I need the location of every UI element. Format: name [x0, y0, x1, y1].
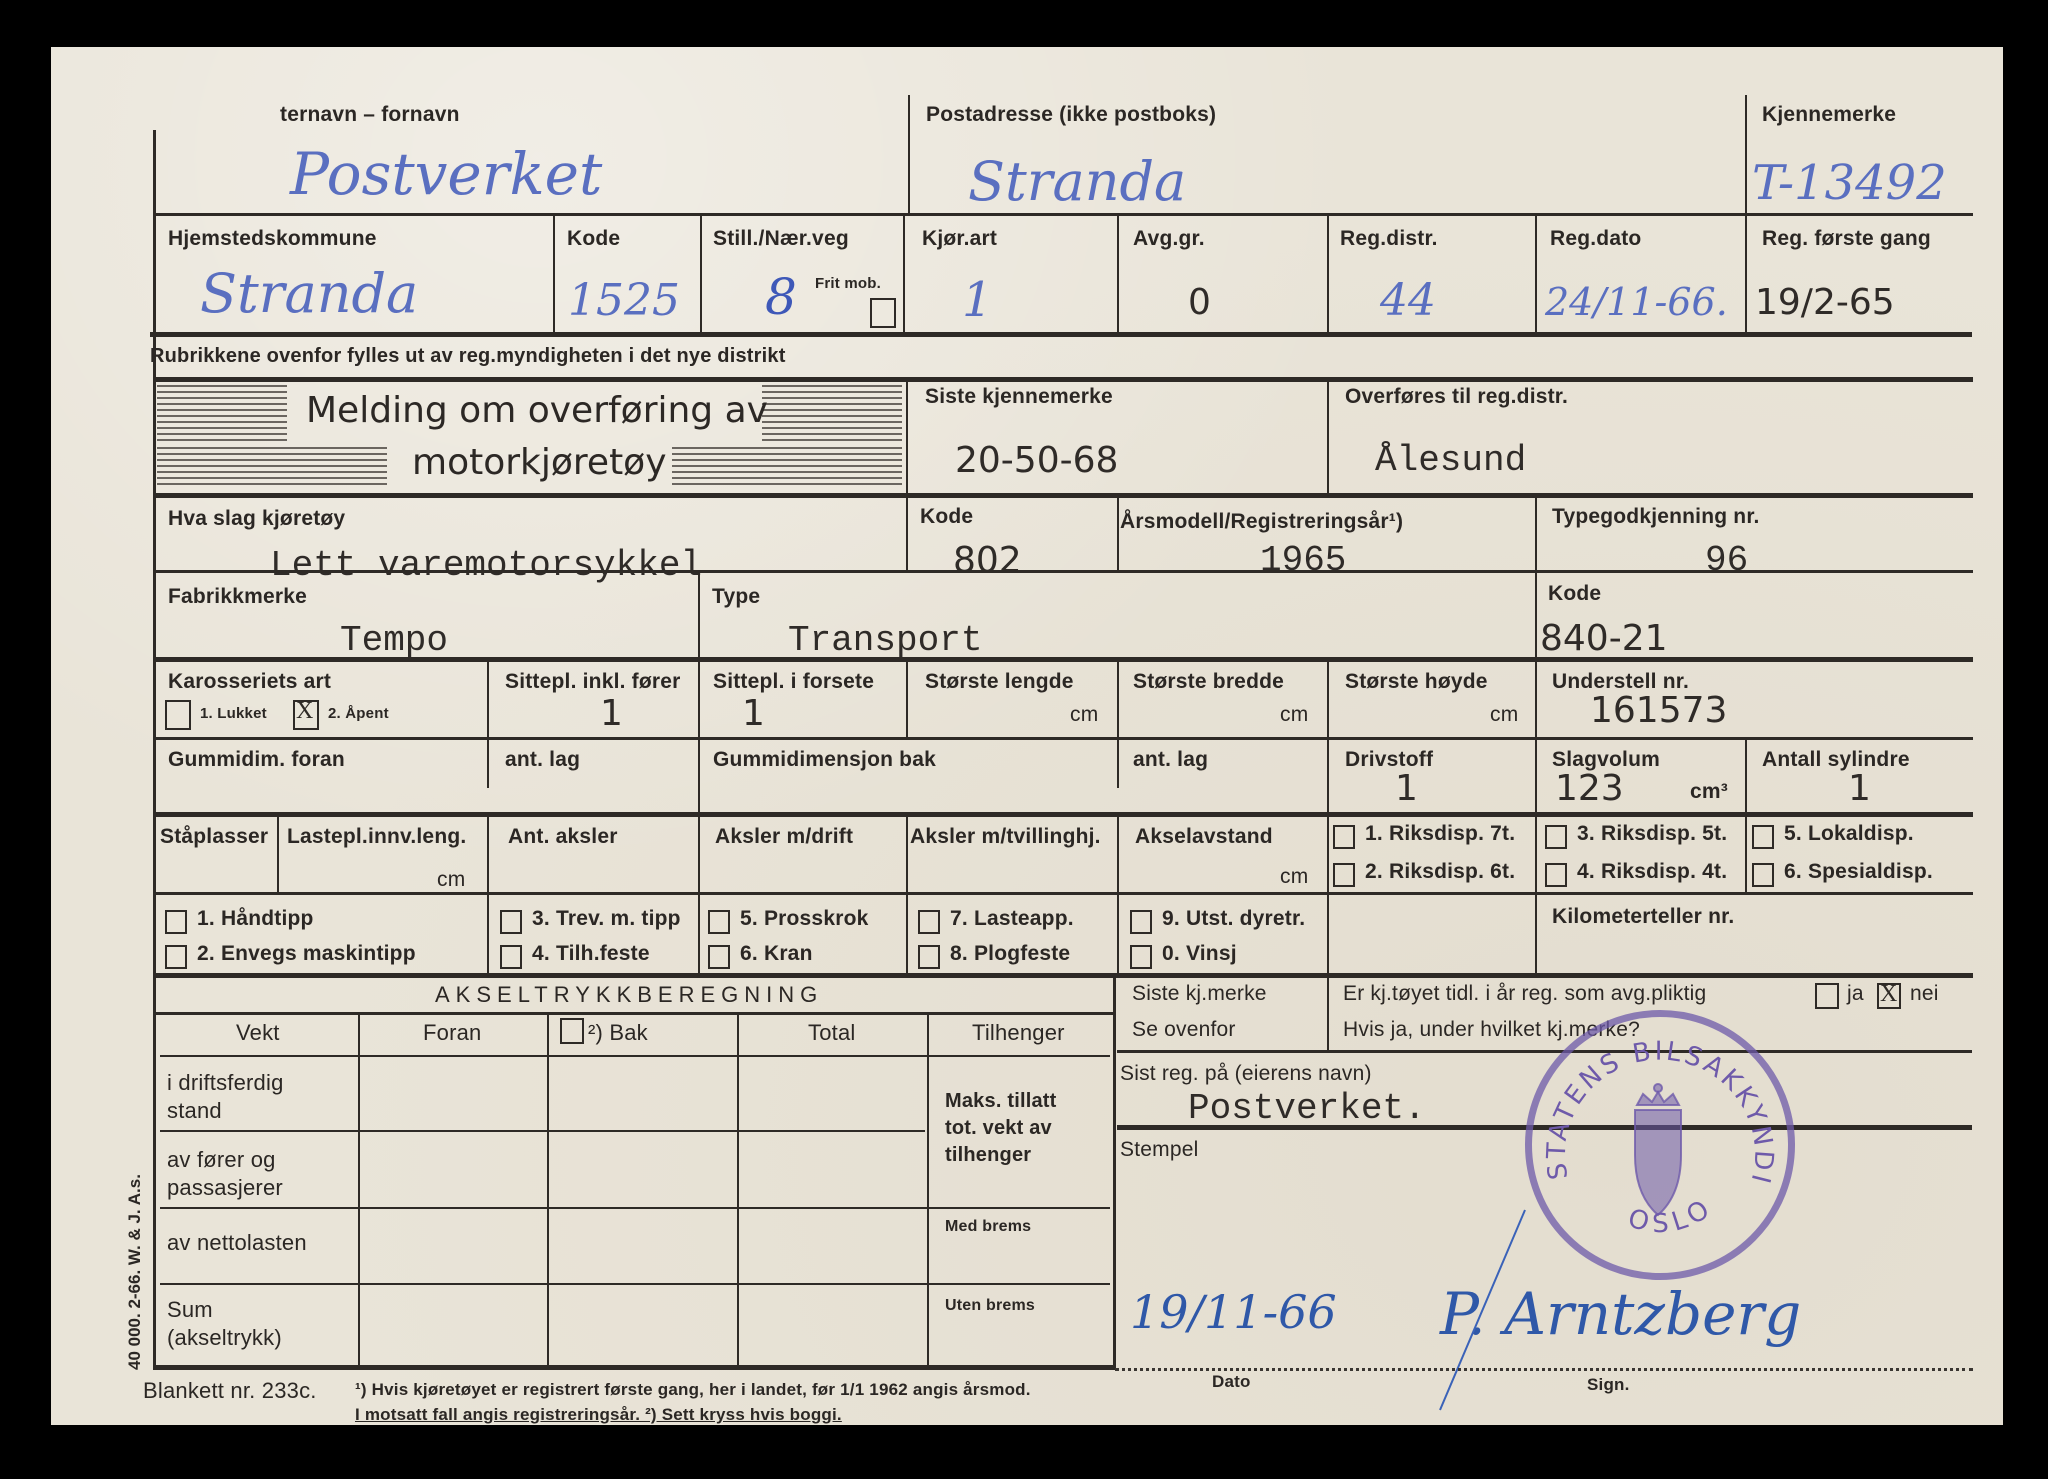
disp-checkbox[interactable] — [1752, 863, 1774, 887]
equipment-label: 9. Utst. dyretr. — [1162, 907, 1305, 931]
kilometer-label: Kilometerteller nr. — [1552, 905, 1734, 929]
divider — [698, 895, 700, 975]
svg-text:OSLO: OSLO — [1625, 1191, 1720, 1239]
vehicle-type-label: Hva slag kjøretøy — [168, 507, 345, 531]
divider — [908, 95, 910, 215]
last-owner-value: Postverket. — [1188, 1088, 1426, 1129]
equipment-label: 8. Plogfeste — [950, 942, 1070, 966]
stamp-bottom-text: OSLO — [1625, 1191, 1720, 1239]
row-label: av nettolasten — [167, 1230, 307, 1256]
kjorart-label: Kjør.art — [922, 227, 997, 251]
akseltrykk-title: AKSELTRYKKBEREGNING — [435, 982, 823, 1008]
equipment-label: 1. Håndtipp — [197, 907, 314, 931]
regdistr-label: Reg.distr. — [1340, 227, 1438, 251]
avgpliktig-question: Er kj.tøyet tidl. i år reg. som avg.plik… — [1343, 982, 1706, 1006]
bredde-unit: cm — [1280, 703, 1308, 727]
form-title-line1: Melding om overføring av — [306, 390, 768, 431]
typegodkj-label: Typegodkjenning nr. — [1552, 505, 1760, 529]
row-line — [153, 892, 1973, 895]
to-district-value: Ålesund — [1375, 440, 1526, 481]
stempel-label: Stempel — [1120, 1138, 1198, 1162]
lukket-checkbox[interactable] — [165, 700, 191, 730]
divider — [906, 815, 908, 892]
blankett-number: Blankett nr. 233c. — [143, 1378, 317, 1404]
vehicle-type-value: Lett varemotorsykkel — [270, 545, 702, 586]
disp-label: 4. Riksdisp. 4t. — [1577, 860, 1727, 884]
row-line — [153, 737, 1973, 740]
tilhenger-note: tot. vekt av — [945, 1117, 1052, 1140]
sittepl-label: Sittepl. inkl. fører — [505, 670, 681, 694]
divider — [1535, 895, 1537, 975]
municipality-value: Stranda — [200, 262, 418, 325]
date-label: Dato — [1212, 1372, 1251, 1392]
disp-checkbox[interactable] — [1545, 825, 1567, 849]
regdato-value: 24/11-66. — [1545, 280, 1728, 324]
table-bottom-line — [153, 1365, 1115, 1370]
equipment-label: 6. Kran — [740, 942, 813, 966]
lastepl-label: Lastepl.innv.leng. — [287, 825, 466, 849]
divider — [1327, 215, 1329, 333]
tire-rear-label: Gummidimensjon bak — [713, 748, 936, 772]
lengde-unit: cm — [1070, 703, 1098, 727]
divider — [487, 740, 489, 788]
print-info: 40 000. 2-66. W. & J. A.s. — [125, 1174, 145, 1370]
plate-label: Kjennemerke — [1762, 103, 1896, 127]
drivstoff-label: Drivstoff — [1345, 748, 1433, 772]
divider — [553, 215, 555, 333]
divider — [1117, 895, 1119, 975]
frit-mob-label: Frit mob. — [815, 275, 881, 292]
ant-aksler-label: Ant. aksler — [508, 825, 618, 849]
tilhenger-note: tilhenger — [945, 1144, 1031, 1167]
disp-checkbox[interactable] — [1333, 863, 1355, 887]
instruction-text: Rubrikkene ovenfor fylles ut av reg.mynd… — [150, 345, 786, 368]
divider — [1327, 380, 1329, 494]
model-value: Transport — [788, 620, 982, 661]
equipment-label: 5. Prosskrok — [740, 907, 868, 931]
med-brems-label: Med brems — [945, 1218, 1031, 1236]
col-bak: ²) Bak — [588, 1020, 648, 1046]
divider — [1327, 740, 1329, 813]
hoyde-label: Største høyde — [1345, 670, 1488, 694]
model-kode-label: Kode — [1548, 582, 1601, 606]
avggr-label: Avg.gr. — [1133, 227, 1205, 251]
table-right-border — [1113, 975, 1116, 1370]
municipality-label: Hjemstedskommune — [168, 227, 377, 251]
stamp-graphic: STATENS BILSAKKYNDIGE OSLO — [1525, 1010, 1795, 1280]
signed-date-value: 19/11-66 — [1130, 1285, 1337, 1339]
form-title-line2: motorkjøretøy — [412, 442, 667, 483]
divider — [487, 895, 489, 975]
to-district-label: Overføres til reg.distr. — [1345, 385, 1568, 409]
form-left-border — [153, 130, 156, 1370]
disp-label: 3. Riksdisp. 5t. — [1577, 822, 1727, 846]
equipment-checkbox[interactable] — [918, 910, 940, 934]
uten-brems-label: Uten brems — [945, 1297, 1035, 1315]
divider — [1117, 215, 1119, 333]
disp-label: 6. Spesialdisp. — [1784, 860, 1933, 884]
forsete-value: 1 — [742, 693, 765, 734]
avggr-value: 0 — [1188, 282, 1211, 323]
signature-dotted-line — [1115, 1368, 1973, 1371]
tire-rear-lag-label: ant. lag — [1133, 748, 1208, 772]
divider — [487, 660, 489, 737]
sylindre-value: 1 — [1848, 768, 1871, 809]
hoyde-unit: cm — [1490, 703, 1518, 727]
equipment-checkbox[interactable] — [165, 910, 187, 934]
divider — [1117, 496, 1119, 570]
hatch-decoration — [672, 447, 902, 489]
akselavstand-label: Akselavstand — [1135, 825, 1273, 849]
akselavstand-unit: cm — [1280, 865, 1308, 889]
karosseri-label: Karosseriets art — [168, 670, 331, 694]
divider — [1535, 496, 1537, 570]
col-vekt: Vekt — [236, 1020, 280, 1046]
row-line — [153, 377, 1973, 382]
tire-front-lag-label: ant. lag — [505, 748, 580, 772]
year-label: Årsmodell/Registreringsår¹) — [1120, 510, 1403, 534]
divider — [1535, 815, 1537, 892]
first-reg-value: 19/2-65 — [1755, 282, 1895, 323]
apent-label: 2. Åpent — [328, 705, 389, 722]
divider — [1745, 815, 1747, 892]
plate-value: T-13492 — [1752, 155, 1947, 211]
footnote-1: ¹) Hvis kjøretøyet er registrert første … — [355, 1380, 1031, 1400]
hatch-decoration — [157, 447, 387, 489]
col-total: Total — [808, 1020, 855, 1046]
equipment-checkbox[interactable] — [1130, 910, 1152, 934]
hatch-decoration — [157, 385, 287, 445]
last-plate-value: 20-50-68 — [955, 440, 1118, 481]
equipment-label: 3. Trev. m. tipp — [532, 907, 681, 931]
divider — [1327, 815, 1329, 892]
disp-checkbox[interactable] — [1333, 825, 1355, 849]
understell-value: 161573 — [1590, 690, 1727, 731]
name-value: Postverket — [290, 140, 602, 208]
divider — [1745, 95, 1747, 215]
row-line — [153, 657, 1973, 662]
regdistr-value: 44 — [1380, 275, 1436, 326]
divider — [906, 496, 908, 570]
divider — [698, 740, 700, 813]
sign-label: Sign. — [1587, 1375, 1630, 1395]
divider — [1535, 215, 1537, 333]
row-line — [153, 493, 1973, 498]
model-kode-value: 840-21 — [1540, 618, 1668, 659]
kjorart-value: 1 — [962, 272, 993, 328]
name-label: ternavn – fornavn — [280, 103, 460, 127]
kode-value: 1525 — [568, 275, 680, 326]
slagvolum-unit: cm³ — [1690, 780, 1728, 804]
equipment-label: 2. Envegs maskintipp — [197, 942, 416, 966]
row-line — [153, 973, 1973, 978]
equipment-checkbox[interactable] — [165, 945, 187, 969]
vehicle-kode-label: Kode — [920, 505, 973, 529]
divider — [698, 660, 700, 737]
last-owner-label: Sist reg. på (eierens navn) — [1120, 1062, 1372, 1086]
typegodkj-value: 96 — [1705, 540, 1748, 581]
lukket-label: 1. Lukket — [200, 705, 267, 722]
prev-plate-label: Siste kj.merke — [1132, 982, 1267, 1006]
divider — [487, 815, 489, 892]
equipment-checkbox[interactable] — [708, 910, 730, 934]
forsete-label: Sittepl. i forsete — [713, 670, 874, 694]
table-line — [160, 1130, 925, 1132]
divider — [358, 1015, 360, 1365]
apent-checkbox[interactable] — [293, 700, 319, 730]
nei-checkbox[interactable] — [1877, 983, 1901, 1009]
divider — [737, 1015, 739, 1365]
row-label: Sum — [167, 1297, 213, 1323]
address-value: Stranda — [968, 150, 1186, 213]
lastepl-unit: cm — [437, 868, 465, 892]
row-label: passasjerer — [167, 1175, 283, 1201]
equipment-label: 0. Vinsj — [1162, 942, 1237, 966]
divider — [927, 1015, 929, 1365]
divider — [1117, 815, 1119, 892]
disp-label: 2. Riksdisp. 6t. — [1365, 860, 1515, 884]
kode-label: Kode — [567, 227, 620, 251]
table-line — [160, 1283, 1110, 1285]
divider — [1535, 660, 1537, 737]
divider — [547, 1015, 549, 1365]
table-line — [153, 1012, 1113, 1015]
table-line — [160, 1207, 1110, 1209]
equipment-checkbox[interactable] — [1130, 945, 1152, 969]
make-label: Fabrikkmerke — [168, 585, 307, 609]
nei-label: nei — [1910, 982, 1939, 1006]
ja-checkbox[interactable] — [1815, 983, 1839, 1009]
lengde-label: Største lengde — [925, 670, 1074, 694]
address-label: Postadresse (ikke postboks) — [926, 103, 1216, 127]
row-line — [150, 332, 1972, 337]
divider — [1327, 975, 1329, 1050]
divider — [1745, 740, 1747, 813]
divider — [1117, 660, 1119, 737]
divider — [906, 380, 908, 494]
model-label: Type — [712, 585, 760, 609]
tire-front-label: Gummidim. foran — [168, 748, 345, 772]
divider — [906, 660, 908, 737]
staplasser-label: Ståplasser — [160, 825, 268, 849]
divider — [698, 815, 700, 892]
divider — [1117, 740, 1119, 788]
equipment-checkbox[interactable] — [708, 945, 730, 969]
drivstoff-value: 1 — [1395, 768, 1418, 809]
regdato-label: Reg.dato — [1550, 227, 1641, 251]
divider — [1327, 895, 1329, 975]
tilhenger-note: Maks. tillatt — [945, 1090, 1057, 1113]
coat-of-arms-icon — [1635, 1084, 1681, 1215]
official-stamp: STATENS BILSAKKYNDIGE OSLO — [1525, 1010, 1795, 1280]
disp-checkbox[interactable] — [1545, 863, 1567, 887]
row-line — [153, 570, 1973, 573]
drift-label: Aksler m/drift — [715, 825, 853, 849]
col-foran: Foran — [423, 1020, 481, 1046]
divider — [277, 815, 279, 892]
row-line — [153, 213, 1973, 216]
row-label: av fører og — [167, 1147, 276, 1173]
prev-plate-value: Se ovenfor — [1132, 1018, 1236, 1042]
first-reg-label: Reg. første gang — [1762, 227, 1931, 251]
sylindre-label: Antall sylindre — [1762, 748, 1910, 772]
vehicle-kode-value: 802 — [953, 540, 1022, 581]
equipment-label: 7. Lasteapp. — [950, 907, 1074, 931]
make-value: Tempo — [340, 620, 448, 661]
disp-checkbox[interactable] — [1752, 825, 1774, 849]
hatch-decoration — [762, 385, 902, 445]
still-value: 8 — [765, 268, 797, 326]
divider — [1535, 572, 1537, 658]
divider — [903, 215, 905, 333]
sittepl-value: 1 — [600, 693, 623, 734]
row-label: stand — [167, 1098, 222, 1124]
equipment-checkbox[interactable] — [918, 945, 940, 969]
divider — [698, 572, 700, 658]
disp-label: 5. Lokaldisp. — [1784, 822, 1914, 846]
equipment-label: 4. Tilh.feste — [532, 942, 650, 966]
signature-stroke-icon — [1430, 1200, 1550, 1420]
divider — [1327, 660, 1329, 737]
footnote-2: I motsatt fall angis registreringsår. ²)… — [355, 1405, 842, 1425]
row-label: (akseltrykk) — [167, 1325, 282, 1351]
col-tilhenger: Tilhenger — [972, 1020, 1065, 1046]
still-label: Still./Nær.veg — [713, 227, 849, 251]
row-line — [153, 812, 1973, 817]
slagvolum-value: 123 — [1555, 768, 1624, 809]
equipment-checkbox[interactable] — [500, 945, 522, 969]
year-value: 1965 — [1260, 540, 1346, 581]
equipment-checkbox[interactable] — [500, 910, 522, 934]
disp-label: 1. Riksdisp. 7t. — [1365, 822, 1515, 846]
tvilling-label: Aksler m/tvillinghj. — [910, 825, 1101, 849]
divider — [1745, 215, 1747, 333]
divider — [700, 215, 702, 333]
row-label: i driftsferdig — [167, 1070, 284, 1096]
table-line — [160, 1055, 1110, 1057]
frit-mob-checkbox[interactable] — [870, 298, 896, 328]
bredde-label: Største bredde — [1133, 670, 1284, 694]
divider — [906, 895, 908, 975]
ja-label: ja — [1847, 982, 1864, 1006]
divider — [1535, 740, 1537, 813]
boggi-checkbox[interactable] — [560, 1018, 584, 1044]
last-plate-label: Siste kjennemerke — [925, 385, 1113, 409]
